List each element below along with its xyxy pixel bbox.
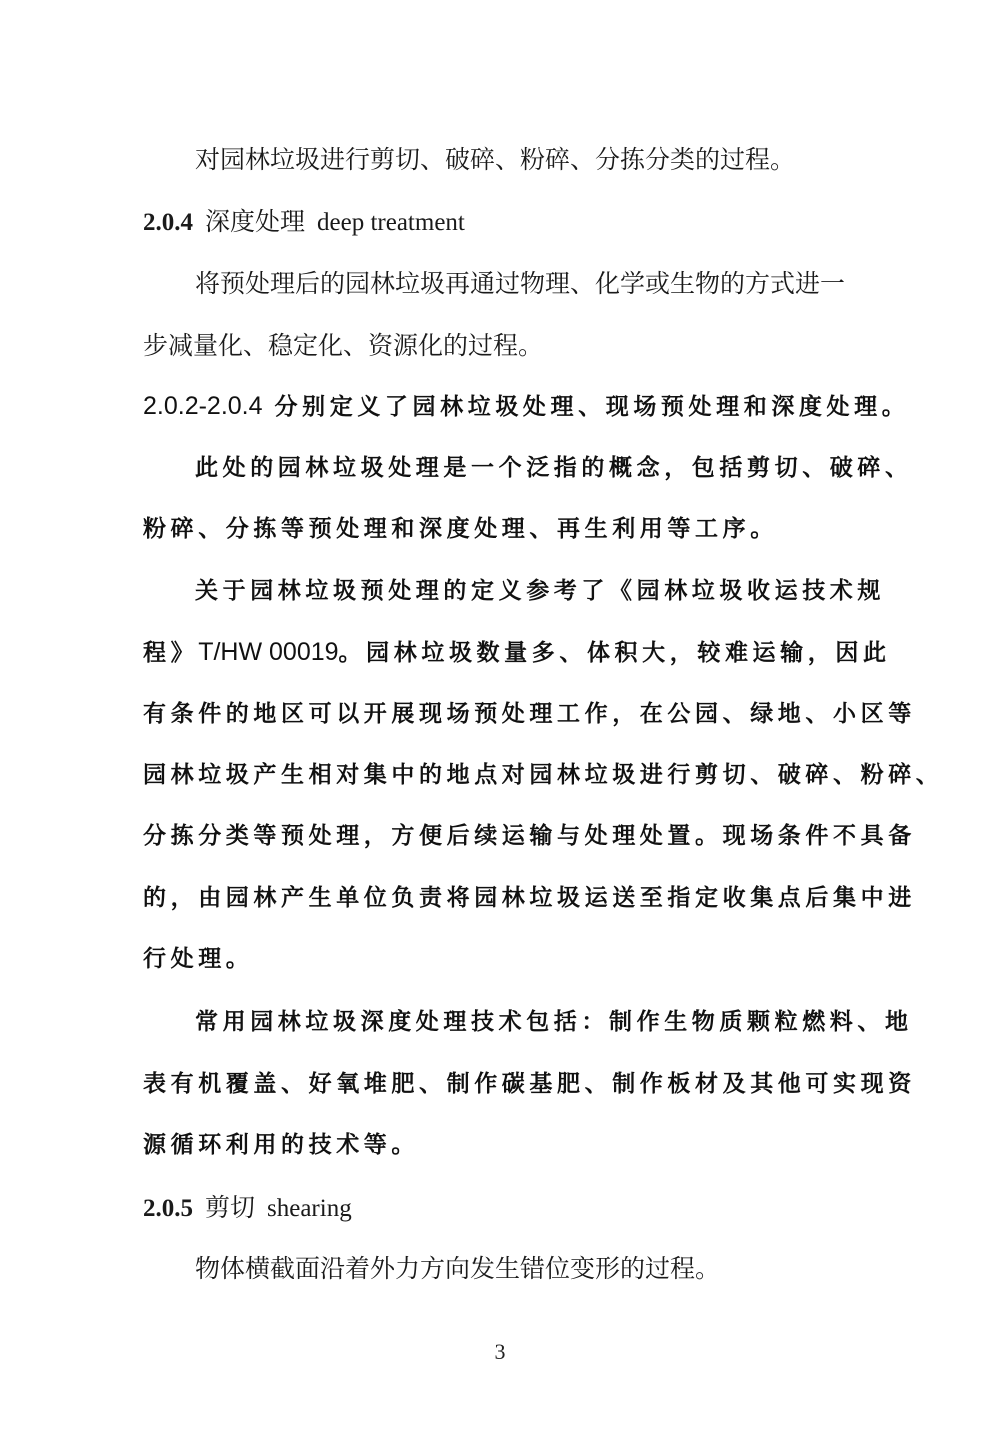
commentary-heading: 2.0.2-2.0.4分别定义了园林垃圾处理、现场预处理和深度处理。 — [143, 390, 878, 423]
term-name-en: shearing — [267, 1195, 352, 1222]
commentary-line: 表有机覆盖、好氧堆肥、制作碳基肥、制作板材及其他可实现资 — [143, 1068, 878, 1100]
term-name-en: deep treatment — [317, 209, 465, 236]
term-number: 2.0.5 — [143, 1195, 193, 1222]
definition-line: 步减量化、稳定化、资源化的过程。 — [143, 330, 878, 362]
page-number: 3 — [0, 1339, 1000, 1365]
definition-line: 将预处理后的园林垃圾再通过物理、化学或生物的方式进一 — [195, 268, 878, 300]
document-page: 对园林垃圾进行剪切、破碎、粉碎、分拣分类的过程。 2.0.4深度处理deep t… — [0, 0, 1000, 1450]
commentary-line: 源循环利用的技术等。 — [143, 1129, 878, 1161]
commentary-section-range: 2.0.2-2.0.4 — [143, 392, 263, 420]
paragraph-continuation: 对园林垃圾进行剪切、破碎、粉碎、分拣分类的过程。 — [195, 144, 878, 176]
term-name-zh: 剪切 — [205, 1193, 255, 1222]
commentary-line: 分拣分类等预处理，方便后续运输与处理处置。现场条件不具备 — [143, 820, 878, 852]
term-heading-2-0-4: 2.0.4深度处理deep treatment — [143, 206, 878, 239]
commentary-line: 行处理。 — [143, 943, 878, 975]
commentary-text: 程》 — [143, 640, 198, 666]
commentary-line: 常用园林垃圾深度处理技术包括：制作生物质颗粒燃料、地 — [195, 1006, 878, 1038]
commentary-line: 园林垃圾产生相对集中的地点对园林垃圾进行剪切、破碎、粉碎、 — [143, 759, 878, 791]
term-number: 2.0.4 — [143, 209, 193, 236]
standard-code: T/HW 00019 — [198, 638, 338, 666]
term-name-zh: 深度处理 — [205, 207, 305, 236]
commentary-line: 程》T/HW 00019。园林垃圾数量多、体积大，较难运输，因此 — [143, 636, 878, 669]
definition-line: 物体横截面沿着外力方向发生错位变形的过程。 — [195, 1253, 878, 1285]
commentary-text: 。园林垃圾数量多、体积大，较难运输，因此 — [339, 640, 891, 666]
commentary-line: 有条件的地区可以开展现场预处理工作，在公园、绿地、小区等 — [143, 698, 878, 730]
commentary-line: 粉碎、分拣等预处理和深度处理、再生利用等工序。 — [143, 513, 878, 545]
commentary-heading-text: 分别定义了园林垃圾处理、现场预处理和深度处理。 — [275, 394, 910, 420]
commentary-line: 此处的园林垃圾处理是一个泛指的概念，包括剪切、破碎、 — [195, 452, 878, 484]
commentary-line: 关于园林垃圾预处理的定义参考了《园林垃圾收运技术规 — [195, 575, 878, 607]
term-heading-2-0-5: 2.0.5剪切shearing — [143, 1192, 878, 1225]
commentary-line: 的，由园林产生单位负责将园林垃圾运送至指定收集点后集中进 — [143, 882, 878, 914]
